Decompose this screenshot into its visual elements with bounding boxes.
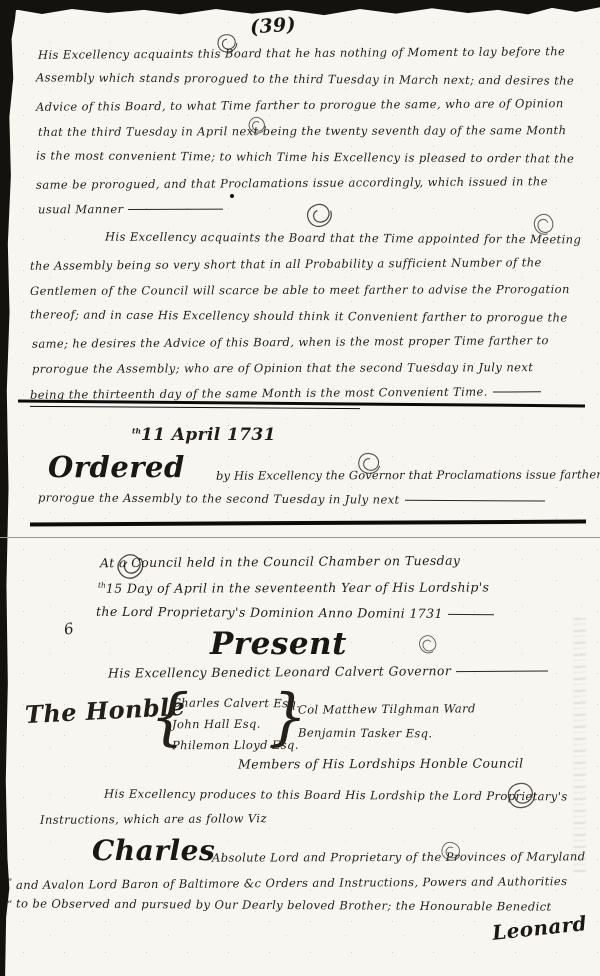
para1-line1-text: His Excellency acquaints this Board that… [38, 44, 565, 62]
date-rest: April 1731 [165, 425, 276, 445]
para2-line6-text: prorogue the Assembly; who are of Opinio… [32, 360, 533, 376]
council-date-ordinal: th [98, 581, 106, 590]
para2-line7-text: being the thirteenth day of the same Mon… [30, 385, 488, 402]
para1-line3-text: Advice of this Board, to what Time farth… [36, 96, 564, 114]
para2-line4-text: thereof; and in case His Excellency shou… [30, 307, 568, 324]
faint-marginalia-smudge [573, 618, 586, 873]
para1-line5-text: is the most convenient Time; to which Ti… [36, 148, 574, 165]
margin-mark-6: 6 [62, 619, 75, 639]
instructions-line5: to be Observed and pursued by Our Dearly… [16, 896, 552, 913]
scan-streak [0, 537, 600, 538]
flourish-line [128, 209, 223, 210]
flourish-line [448, 614, 494, 615]
governor-line-text: His Excellency Benedict Leonard Calvert … [108, 663, 451, 680]
instructions-line2: Instructions, which are as follow Viz [40, 811, 267, 827]
para2-line: His Excellency acquaints the Board that … [105, 230, 581, 247]
charles-word-text: Charles [92, 834, 215, 867]
present-title-text: Present [210, 626, 347, 662]
instructions-line4: and Avalon Lord Baron of Baltimore &c Or… [16, 874, 567, 892]
instructions-line4-text: and Avalon Lord Baron of Baltimore &c Or… [16, 874, 567, 892]
ordered-word-text: Ordered [48, 450, 185, 484]
para1-line: that the third Tuesday in April next bei… [38, 123, 566, 139]
governor-line: His Excellency Benedict Leonard Calvert … [108, 662, 548, 680]
ordered-lead-word: Ordered [48, 450, 185, 484]
para1-line: same be prorogued, and that Proclamation… [36, 174, 548, 192]
instructions-line5-text: to be Observed and pursued by Our Dearly… [16, 896, 552, 913]
para2-line1-text: His Excellency acquaints the Board that … [105, 230, 581, 247]
para1-line: His Excellency acquaints this Board that… [38, 44, 565, 62]
instructions-line1-text: His Excellency produces to this Board Hi… [104, 787, 568, 804]
para2-line: same; he desires the Advice of this Boar… [32, 333, 549, 351]
margin-tick2-glyph: ” [7, 900, 12, 911]
council-member: Benjamin Tasker Esq. [298, 726, 433, 741]
charles-rest-text: Absolute Lord and Proprietary of the Pro… [212, 849, 586, 864]
member-john-hall: John Hall Esq. [172, 717, 261, 732]
member-benjamin-tasker: Benjamin Tasker Esq. [298, 726, 433, 741]
instructions-line1: His Excellency produces to this Board Hi… [104, 787, 568, 804]
council-heading-line3: the Lord Proprietary's Dominion Anno Dom… [96, 604, 494, 621]
instructions-line2-text: Instructions, which are as follow Viz [40, 811, 267, 827]
para1-line7-text: usual Manner [38, 202, 124, 216]
para2-line: thereof; and in case His Excellency shou… [30, 307, 568, 324]
margin-tick: ” [7, 900, 12, 911]
section-rule [30, 520, 586, 527]
page-number-text: (39) [249, 13, 296, 38]
council-heading-line2-text: Day of April in the seventeenth Year of … [123, 579, 490, 595]
council-member: Col Matthew Tilghman Ward [298, 701, 476, 716]
para2-line: Gentlemen of the Council will scarce be … [30, 282, 570, 298]
present-heading: Present [210, 626, 347, 662]
margin-mark-text: 6 [62, 619, 75, 639]
torn-top-edge [0, 0, 600, 18]
margin-tick1-glyph: ” [7, 878, 12, 889]
council-heading-line1: At a Council held in the Council Chamber… [100, 553, 460, 571]
ink-blot [230, 194, 234, 198]
catchword-text: Leonard [491, 911, 588, 945]
ordered-line1-text: by His Excellency the Governor that Proc… [216, 467, 600, 482]
para1-line: is the most convenient Time; to which Ti… [36, 148, 574, 165]
ordered-line2-text: prorogue the Assembly to the second Tues… [38, 490, 400, 506]
page-number: (39) [249, 13, 296, 38]
flourish-line [456, 670, 548, 672]
para1-line: Assembly which stands prorogued to the t… [36, 70, 574, 87]
manuscript-page-scan: (39) His Excellency acquaints this Board… [0, 0, 600, 976]
flourish-line [493, 391, 541, 392]
member-matthew-tilghman-ward: Col Matthew Tilghman Ward [298, 701, 476, 716]
para2-line3-text: Gentlemen of the Council will scarce be … [30, 282, 570, 298]
para1-line4-text: that the third Tuesday in April next bei… [38, 123, 566, 139]
council-date-day: 15 [106, 581, 123, 596]
para1-line6-text: same be prorogued, and that Proclamation… [36, 174, 548, 192]
charles-lead-word: Charles [92, 834, 215, 867]
para1-line: Advice of this Board, to what Time farth… [36, 96, 564, 114]
flourish-line [405, 500, 545, 502]
para2-line: the Assembly being so very short that in… [30, 255, 542, 273]
ordered-line2: prorogue the Assembly to the second Tues… [38, 490, 545, 507]
section-rule-echo [30, 406, 360, 409]
para2-line5-text: same; he desires the Advice of this Boar… [32, 333, 549, 351]
margin-tick: ” [7, 878, 12, 889]
council-heading-line1-text: At a Council held in the Council Chamber… [100, 553, 460, 571]
members-line-text: Members of His Lordships Honble Council [238, 756, 524, 772]
para1-line2-text: Assembly which stands prorogued to the t… [36, 70, 574, 87]
ordered-line1: by His Excellency the Governor that Proc… [216, 467, 600, 482]
para2-line: being the thirteenth day of the same Mon… [30, 384, 541, 402]
members-line: Members of His Lordships Honble Council [238, 756, 524, 772]
para2-line2-text: the Assembly being so very short that in… [30, 255, 542, 273]
para2-line: prorogue the Assembly; who are of Opinio… [32, 360, 533, 376]
torn-left-edge [0, 0, 17, 976]
flourish-icon [409, 625, 448, 664]
date-day: 11 [141, 425, 165, 445]
council-heading-line2: th15 Day of April in the seventeenth Yea… [98, 579, 489, 596]
order-date-heading: th11 April 1731 [132, 425, 276, 445]
para1-line: usual Manner [38, 202, 224, 217]
date-ordinal: th [132, 426, 141, 435]
council-member: John Hall Esq. [172, 717, 261, 732]
catchword: Leonard [491, 911, 588, 945]
charles-line-rest: Absolute Lord and Proprietary of the Pro… [212, 849, 586, 864]
council-heading-line3-text: the Lord Proprietary's Dominion Anno Dom… [96, 604, 443, 621]
